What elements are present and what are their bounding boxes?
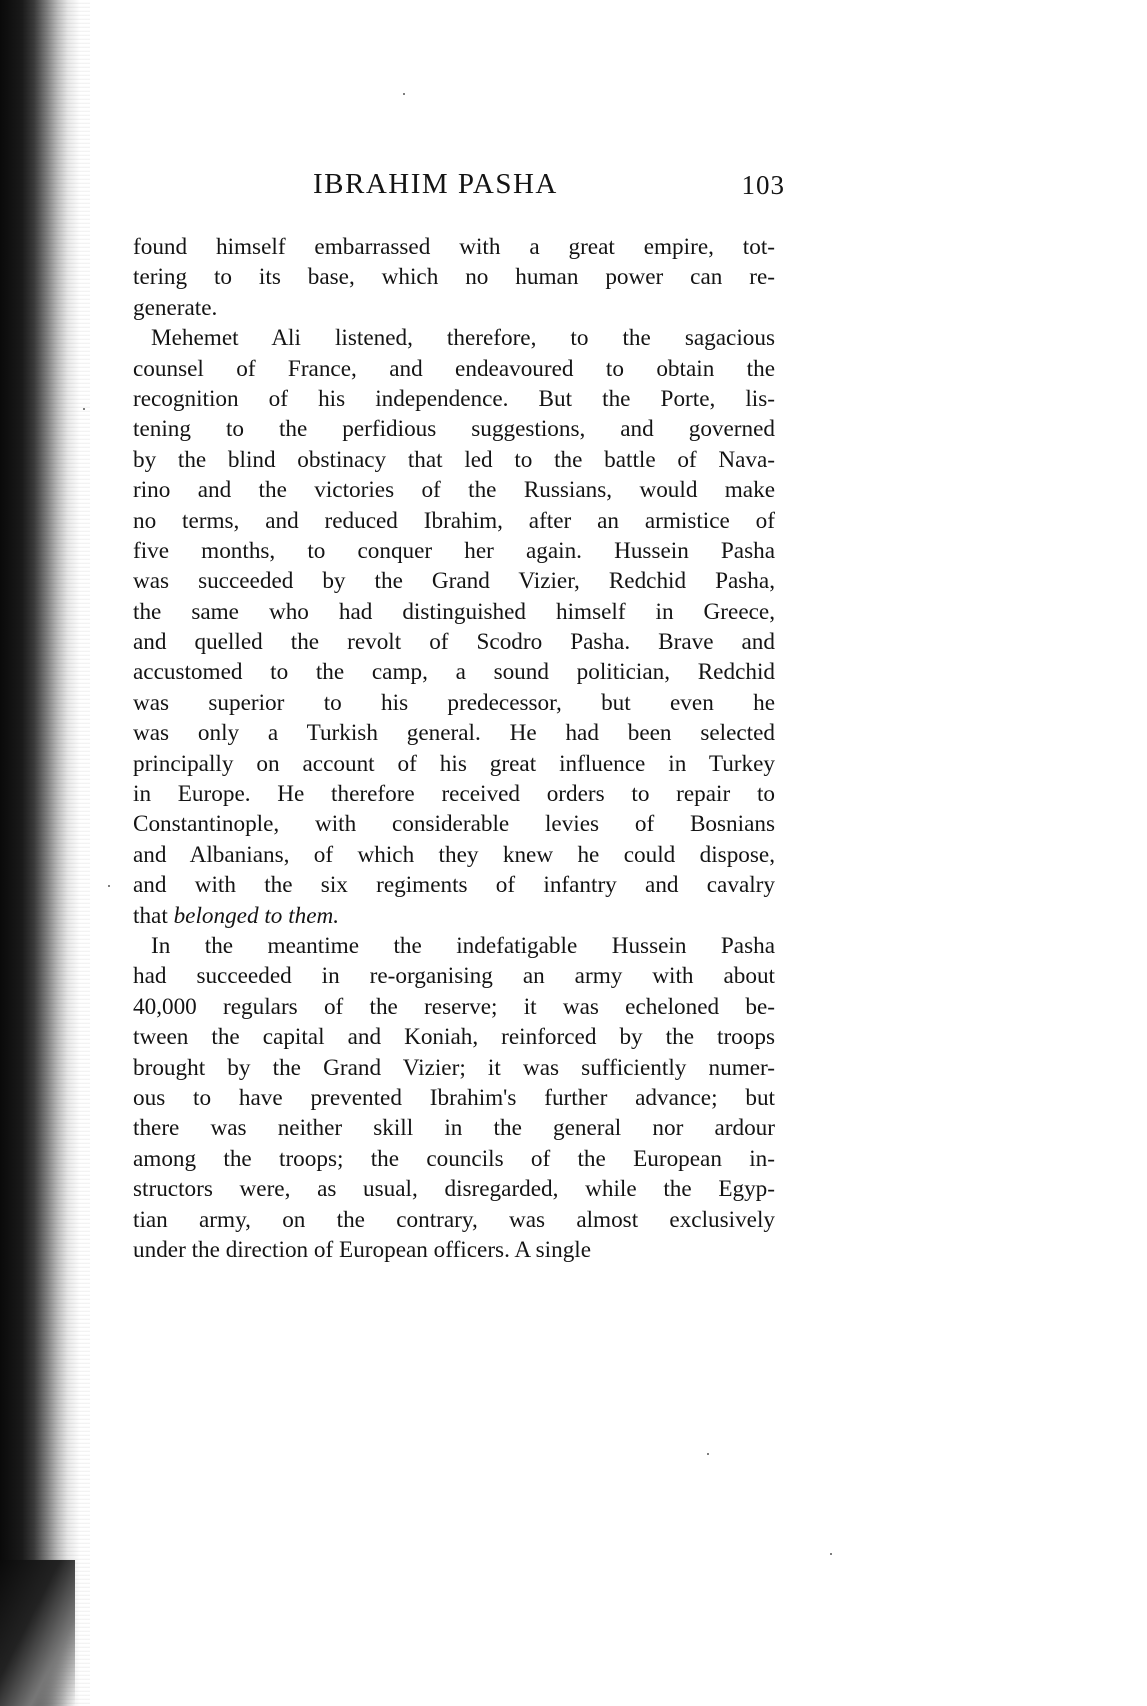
scan-noise <box>0 0 90 1706</box>
text-line: that belonged to them. <box>133 901 775 931</box>
text-line: structors were, as usual, disregarded, w… <box>133 1174 775 1204</box>
scan-speck <box>707 1453 709 1455</box>
text-line: Mehemet Ali listened, therefore, to the … <box>133 323 775 353</box>
paragraph: found himself embarrassed with a great e… <box>133 232 775 323</box>
text-line: among the troops; the councils of the Eu… <box>133 1144 775 1174</box>
text-line: counsel of France, and endeavoured to ob… <box>133 354 775 384</box>
scan-speck <box>403 93 405 95</box>
text-line: tening to the perfidious suggestions, an… <box>133 414 775 444</box>
text-line: Constantinople, with considerable levies… <box>133 809 775 839</box>
running-title: IBRAHIM PASHA <box>313 168 558 201</box>
text-line: the same who had distinguished himself i… <box>133 597 775 627</box>
scan-speck <box>108 885 110 887</box>
text-line: principally on account of his great infl… <box>133 749 775 779</box>
text-line: no terms, and reduced Ibrahim, after an … <box>133 506 775 536</box>
text-line: and Albanians, of which they knew he cou… <box>133 840 775 870</box>
text-line: brought by the Grand Vizier; it was suff… <box>133 1053 775 1083</box>
text-line: by the blind obstinacy that led to the b… <box>133 445 775 475</box>
text-line: 40,000 regulars of the reserve; it was e… <box>133 992 775 1022</box>
text-line: ous to have prevented Ibrahim's further … <box>133 1083 775 1113</box>
text-line: was only a Turkish general. He had been … <box>133 718 775 748</box>
text-line: was succeeded by the Grand Vizier, Redch… <box>133 566 775 596</box>
paragraph: Mehemet Ali listened, therefore, to the … <box>133 323 775 931</box>
text-line: tween the capital and Koniah, reinforced… <box>133 1022 775 1052</box>
text-line: accustomed to the camp, a sound politici… <box>133 657 775 687</box>
running-head: IBRAHIM PASHA 103 <box>133 168 775 208</box>
text-line: tering to its base, which no human power… <box>133 262 775 292</box>
scan-speck <box>830 1553 832 1555</box>
scan-speck <box>83 408 85 410</box>
text-line: generate. <box>133 293 775 323</box>
italic-text-run: belonged to them. <box>174 903 340 929</box>
book-gutter-shadow-bottom <box>0 1560 75 1706</box>
page-number: 103 <box>742 170 786 201</box>
text-line: and with the six regiments of infantry a… <box>133 870 775 900</box>
text-line: there was neither skill in the general n… <box>133 1113 775 1143</box>
paragraph: In the meantime the indefatigable Hussei… <box>133 931 775 1265</box>
text-line: and quelled the revolt of Scodro Pasha. … <box>133 627 775 657</box>
text-line: in Europe. He therefore received orders … <box>133 779 775 809</box>
text-line: tian army, on the contrary, was almost e… <box>133 1205 775 1235</box>
text-line: had succeeded in re-organising an army w… <box>133 961 775 991</box>
text-line: found himself embarrassed with a great e… <box>133 232 775 262</box>
text-line: five months, to conquer her again. Husse… <box>133 536 775 566</box>
text-line: was superior to his predecessor, but eve… <box>133 688 775 718</box>
text-run: that <box>133 903 174 929</box>
book-page: IBRAHIM PASHA 103 found himself embarras… <box>133 168 775 1265</box>
text-line: recognition of his independence. But the… <box>133 384 775 414</box>
body-text: found himself embarrassed with a great e… <box>133 232 775 1265</box>
text-line: under the direction of European officers… <box>133 1235 775 1265</box>
text-line: rino and the victories of the Russians, … <box>133 475 775 505</box>
text-line: In the meantime the indefatigable Hussei… <box>133 931 775 961</box>
